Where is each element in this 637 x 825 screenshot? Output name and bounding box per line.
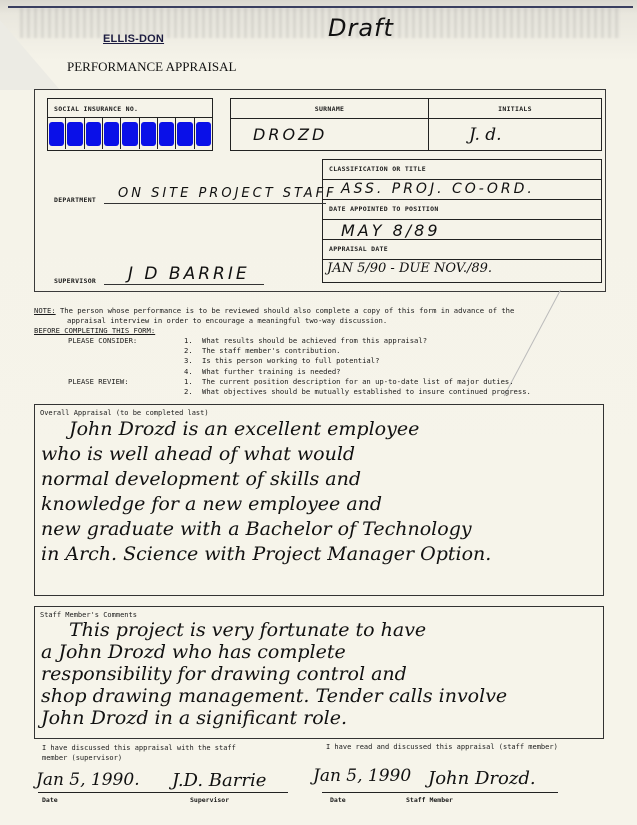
handwritten-line: John Drozd is an excellent employee [41, 417, 603, 442]
handwritten-line: who is well ahead of what would [41, 442, 603, 467]
sin-cells [48, 118, 212, 149]
sin-digit-cell [176, 118, 194, 149]
instruction-item: 3.Is this person working to full potenti… [34, 356, 614, 366]
redaction-mark [49, 122, 64, 146]
instructions: NOTE: The person whose performance is to… [34, 306, 614, 397]
department-line [104, 203, 326, 204]
sin-digit-cell [195, 118, 212, 149]
instruction-item: 2.What objectives should be mutually est… [34, 387, 614, 397]
redaction-mark [122, 122, 137, 146]
supervisor-date-caption: Date [42, 796, 58, 804]
handwritten-line: normal development of skills and [41, 467, 603, 492]
handwritten-line: responsibility for drawing control and [41, 663, 603, 685]
form-title: PERFORMANCE APPRAISAL [67, 59, 236, 75]
review-list: PLEASE REVIEW:1.The current position des… [34, 377, 614, 397]
sin-digit-cell [121, 118, 139, 149]
staff-comments-title: Staff Member's Comments [35, 607, 603, 619]
staff-signature: John Drozd. [428, 768, 536, 789]
handwritten-line: new graduate with a Bachelor of Technolo… [41, 517, 603, 542]
redaction-mark [159, 122, 174, 146]
sin-label: SOCIAL INSURANCE NO. [48, 99, 212, 118]
draft-stamp: Draft [328, 14, 394, 42]
initials-value: J. d. [429, 119, 601, 150]
overall-appraisal-panel: Overall Appraisal (to be completed last)… [34, 404, 604, 596]
classification-label: CLASSIFICATION OR TITLE [323, 160, 601, 173]
supervisor-value: J D BARRIE [128, 264, 250, 284]
handwritten-line: shop drawing management. Tender calls in… [41, 685, 603, 707]
supervisor-statement-line-2: member (supervisor) [42, 753, 236, 763]
instruction-item: PLEASE CONSIDER:1.What results should be… [34, 336, 614, 346]
supervisor-signature: J.D. Barrie [172, 770, 266, 791]
supervisor-line [104, 284, 264, 285]
handwritten-line: a John Drozd who has complete [41, 641, 603, 663]
staff-date-caption: Date [330, 796, 346, 804]
note-line-2: appraisal interview in order to encourag… [34, 316, 614, 326]
name-field: SURNAME INITIALS DROZD J. d. [230, 98, 602, 151]
redaction-mark [104, 122, 119, 146]
redaction-mark [141, 122, 156, 146]
sin-digit-cell [48, 118, 66, 149]
folded-corner [0, 20, 60, 90]
overall-appraisal-title: Overall Appraisal (to be completed last) [35, 405, 603, 417]
sin-digit-cell [85, 118, 103, 149]
before-label: BEFORE COMPLETING THIS FORM: [34, 326, 155, 335]
sin-digit-cell [140, 118, 158, 149]
staff-comments-panel: Staff Member's Comments This project is … [34, 606, 604, 739]
redaction-mark [196, 122, 211, 146]
note-label: NOTE: [34, 306, 56, 315]
supervisor-statement: I have discussed this appraisal with the… [42, 743, 236, 763]
sin-digit-cell [158, 118, 176, 149]
staff-date: Jan 5, 1990 [313, 766, 411, 786]
appraisal-date-label: APPRAISAL DATE [323, 240, 601, 253]
surname-label: SURNAME [231, 99, 429, 118]
overall-appraisal-text: John Drozd is an excellent employeewho i… [35, 417, 603, 567]
top-edge-line [8, 6, 633, 8]
surname-value: DROZD [231, 119, 429, 150]
staff-signature-line [322, 792, 558, 793]
sin-digit-cell [103, 118, 121, 149]
staff-comments-text: This project is very fortunate to havea … [35, 619, 603, 729]
instruction-item: 2.The staff member's contribution. [34, 346, 614, 356]
sin-digit-cell [66, 118, 84, 149]
supervisor-label: SUPERVISOR [54, 277, 96, 285]
handwritten-line: John Drozd in a significant role. [41, 707, 603, 729]
consider-list: PLEASE CONSIDER:1.What results should be… [34, 336, 614, 376]
supervisor-statement-line-1: I have discussed this appraisal with the… [42, 743, 236, 753]
handwritten-line: in Arch. Science with Project Manager Op… [41, 542, 603, 567]
redaction-mark [86, 122, 101, 146]
staff-caption: Staff Member [406, 796, 453, 804]
date-appointed-value: MAY 8/89 [323, 220, 601, 240]
department-value: ON SITE PROJECT STAFF [118, 186, 337, 201]
instruction-item: PLEASE REVIEW:1.The current position des… [34, 377, 614, 387]
supervisor-signature-line [38, 792, 288, 793]
position-details: CLASSIFICATION OR TITLE ASS. PROJ. CO-OR… [322, 159, 602, 283]
department-label: DEPARTMENT [54, 196, 96, 204]
redaction-mark [177, 122, 192, 146]
sin-field: SOCIAL INSURANCE NO. [47, 98, 213, 151]
initials-label: INITIALS [429, 99, 601, 118]
supervisor-date: Jan 5, 1990. [36, 770, 140, 790]
scanned-page: ELLIS-DON PERFORMANCE APPRAISAL Draft SO… [0, 0, 637, 825]
company-logo: ELLIS-DON [103, 33, 164, 45]
instruction-item: 4.What further training is needed? [34, 367, 614, 377]
appraisal-date-value: JAN 5/90 - DUE NOV./89. [323, 260, 601, 276]
supervisor-caption: Supervisor [190, 796, 229, 804]
classification-value: ASS. PROJ. CO-ORD. [323, 180, 601, 197]
redaction-mark [67, 122, 82, 146]
date-appointed-label: DATE APPOINTED TO POSITION [323, 200, 601, 213]
handwritten-line: This project is very fortunate to have [41, 619, 603, 641]
staff-statement: I have read and discussed this appraisal… [326, 743, 558, 751]
note-line-1: The person whose performance is to be re… [60, 306, 514, 315]
handwritten-line: knowledge for a new employee and [41, 492, 603, 517]
